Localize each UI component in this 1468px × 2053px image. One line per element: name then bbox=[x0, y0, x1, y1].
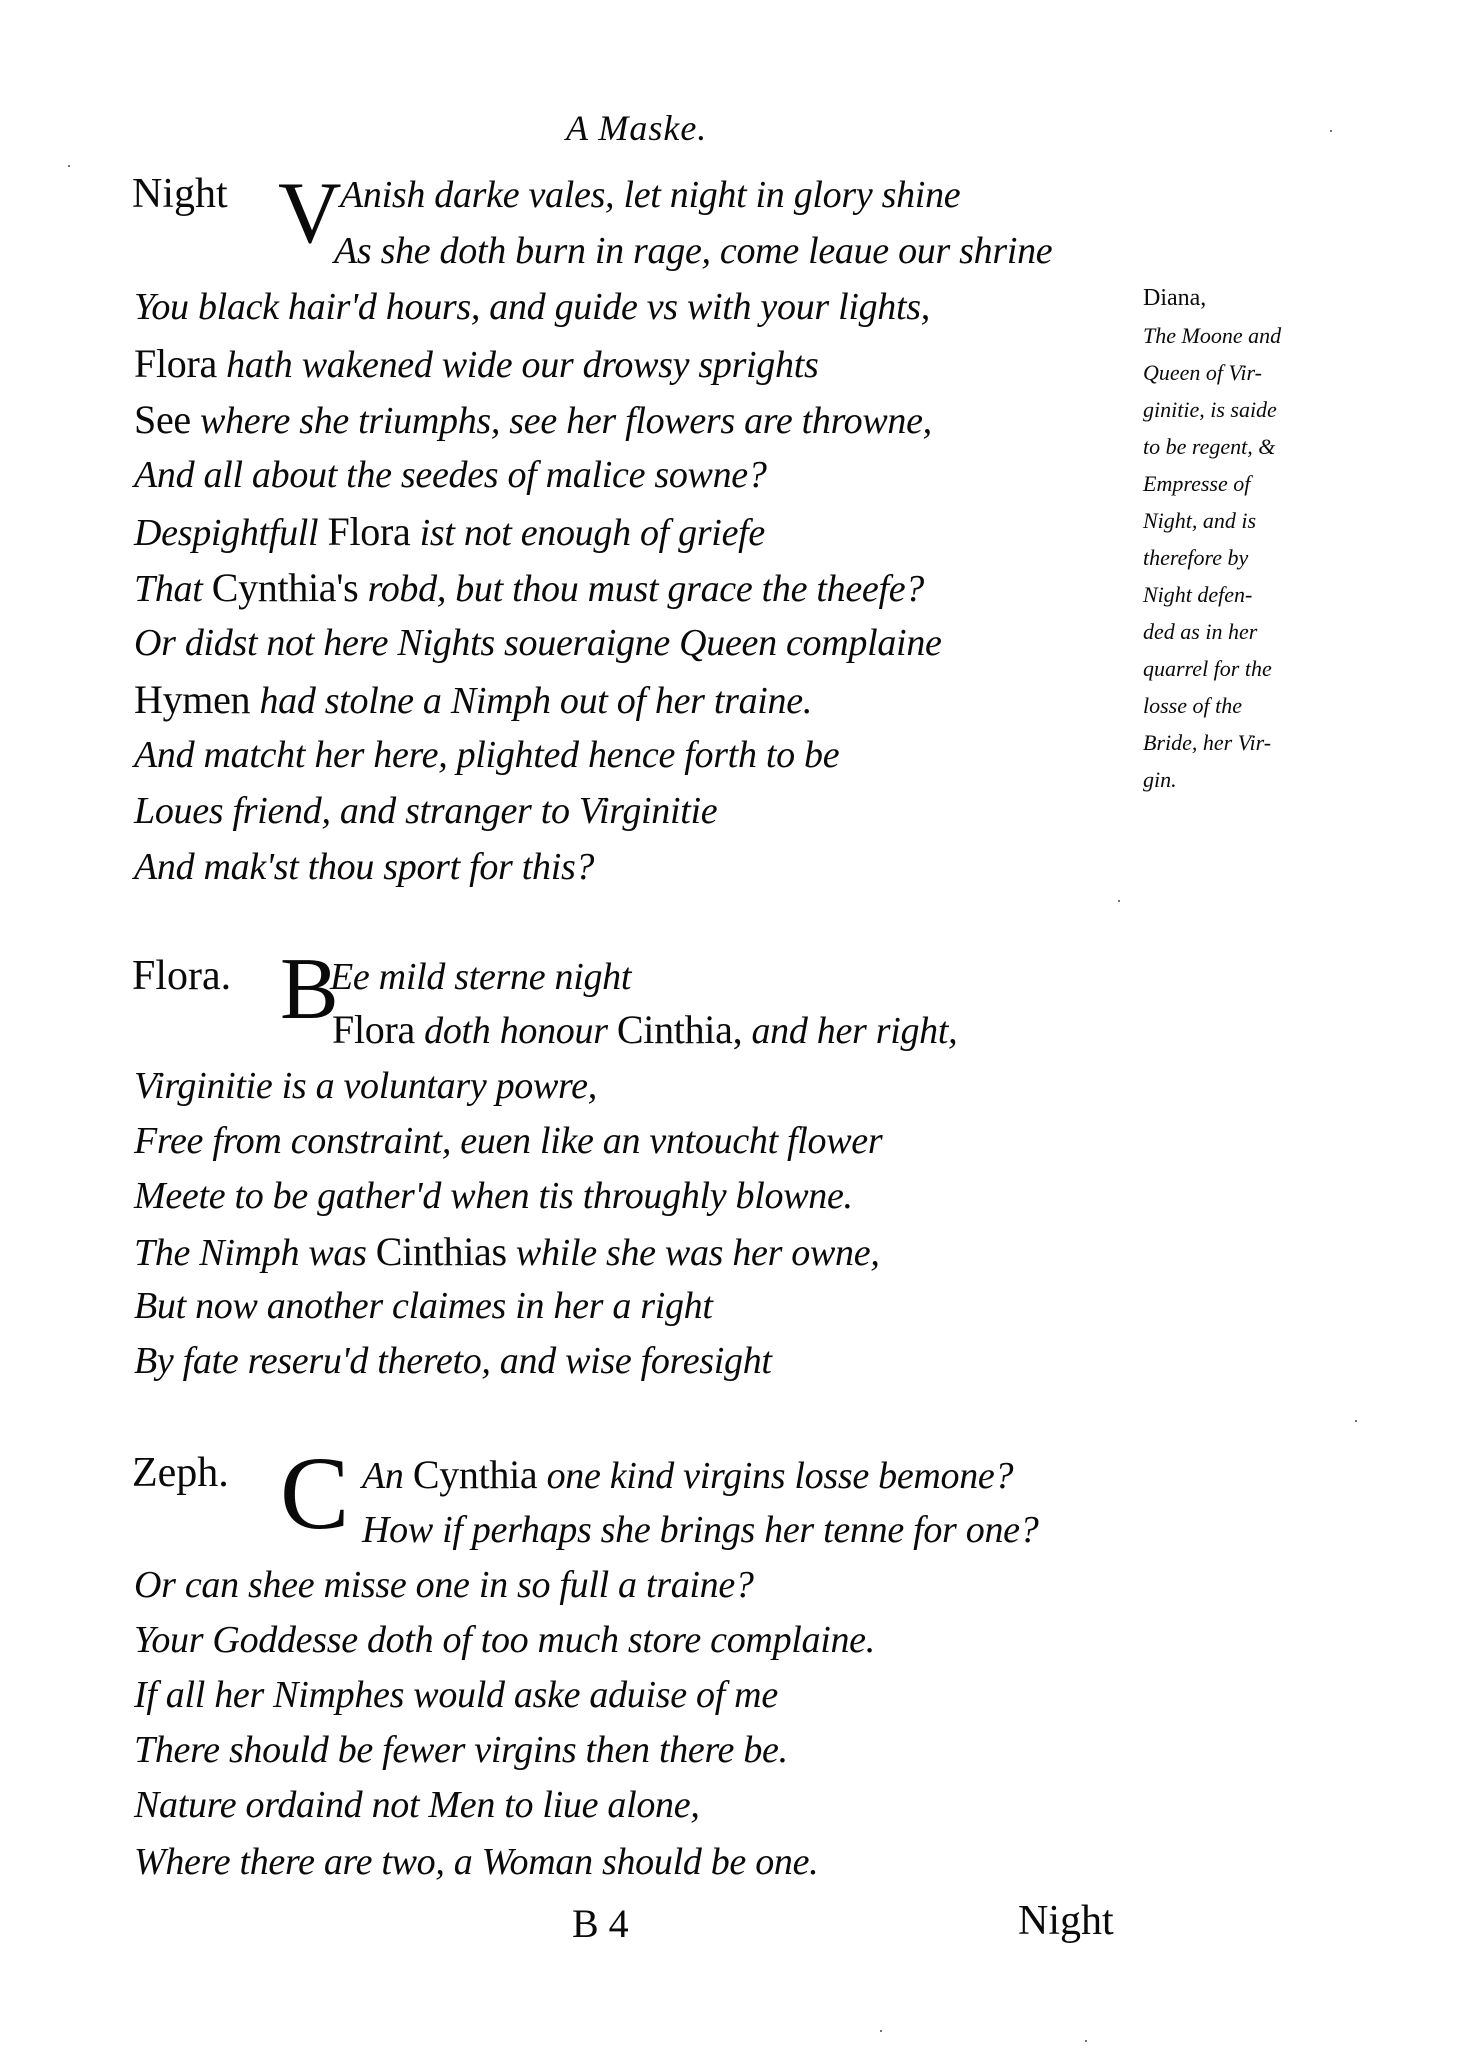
verse-line: And all about the seedes of malice sowne… bbox=[134, 456, 767, 494]
margin-line: Bride, her Vir- bbox=[1143, 724, 1281, 761]
verse-line: Loues friend, and stranger to Virginitie bbox=[134, 792, 717, 830]
scan-speck bbox=[1355, 1420, 1357, 1422]
verse-line: Your Goddesse doth of too much store com… bbox=[134, 1621, 875, 1659]
margin-line: Diana, bbox=[1143, 280, 1281, 317]
proper-name: Flora bbox=[328, 509, 411, 554]
verse-line: See where she triumphs, see her flowers … bbox=[134, 400, 932, 440]
margin-line: ginitie, is saide bbox=[1143, 391, 1281, 428]
verse-line: Flora hath wakened wide our drowsy sprig… bbox=[134, 344, 818, 384]
signature-mark: B 4 bbox=[572, 1904, 629, 1944]
verse-line: By fate reseru'd thereto, and wise fores… bbox=[134, 1342, 772, 1380]
margin-line: Night defen- bbox=[1143, 576, 1281, 613]
speaker-label: Flora. bbox=[132, 955, 231, 997]
speaker-label: Zeph. bbox=[132, 1452, 229, 1494]
verse-line: Or didst not here Nights soueraigne Quee… bbox=[134, 624, 942, 662]
verse-line: That Cynthia's robd, but thou must grace… bbox=[134, 568, 924, 608]
margin-line: ded as in her bbox=[1143, 613, 1281, 650]
scan-speck bbox=[1085, 2040, 1087, 2042]
proper-name: Cynthia bbox=[413, 1452, 538, 1497]
verse-line: Nature ordaind not Men to liue alone, bbox=[134, 1786, 700, 1824]
verse-line: An Cynthia one kind virgins losse bemone… bbox=[362, 1455, 1013, 1495]
drop-capital: C bbox=[280, 1442, 349, 1546]
book-page: A Maske. Night V Anish darke vales, let … bbox=[0, 0, 1468, 2053]
catchword: Night bbox=[1018, 1900, 1114, 1942]
verse-line: How if perhaps she brings her tenne for … bbox=[362, 1511, 1038, 1549]
verse-line: As she doth burn in rage, come leaue our… bbox=[334, 232, 1052, 270]
verse-line: And matcht her here, plighted hence fort… bbox=[134, 736, 839, 774]
scan-speck bbox=[68, 165, 70, 167]
verse-line: And mak'st thou sport for this? bbox=[134, 848, 594, 886]
margin-line: Night, and is bbox=[1143, 502, 1281, 539]
proper-name: Cynthia's bbox=[212, 565, 359, 610]
proper-name: Cinthias bbox=[376, 1229, 507, 1274]
verse-line: Anish darke vales, let night in glory sh… bbox=[340, 176, 960, 214]
proper-name: Hymen bbox=[134, 677, 250, 722]
verse-line: Where there are two, a Woman should be o… bbox=[134, 1843, 818, 1881]
verse-line: Despightfull Flora ist not enough of gri… bbox=[134, 512, 765, 552]
proper-name: Flora bbox=[134, 341, 217, 386]
verse-line: Meete to be gather'd when tis throughly … bbox=[134, 1177, 853, 1215]
verse-line: There should be fewer virgins then there… bbox=[134, 1731, 788, 1769]
proper-name: Flora bbox=[332, 1007, 415, 1052]
margin-line: The Moone and bbox=[1143, 317, 1281, 354]
verse-line: Virginitie is a voluntary powre, bbox=[134, 1067, 597, 1105]
speaker-label: Night bbox=[132, 173, 228, 215]
verse-line: Flora doth honour Cinthia, and her right… bbox=[332, 1010, 957, 1050]
margin-line: Empresse of bbox=[1143, 465, 1281, 502]
verse-line: Hymen had stolne a Nimph out of her trai… bbox=[134, 680, 812, 720]
verse-line: You black hair'd hours, and guide vs wit… bbox=[134, 288, 930, 326]
verse-line: Free from constraint, euen like an vntou… bbox=[134, 1122, 882, 1160]
margin-line: therefore by bbox=[1143, 539, 1281, 576]
proper-name: Cinthia, bbox=[617, 1007, 742, 1052]
margin-line: Queen of Vir- bbox=[1143, 354, 1281, 391]
verse-line: But now another claimes in her a right bbox=[134, 1287, 713, 1325]
running-title: A Maske. bbox=[566, 110, 707, 146]
scan-speck bbox=[880, 2030, 882, 2032]
verse-line: The Nimph was Cinthias while she was her… bbox=[134, 1232, 880, 1272]
margin-line: quarrel for the bbox=[1143, 650, 1281, 687]
verse-line: If all her Nimphes would aske aduise of … bbox=[134, 1676, 778, 1714]
margin-line: gin. bbox=[1143, 761, 1281, 798]
margin-line: to be regent, & bbox=[1143, 428, 1281, 465]
verse-line: Ee mild sterne night bbox=[330, 958, 631, 996]
drop-capital: V bbox=[278, 170, 342, 258]
scan-speck bbox=[1118, 900, 1120, 902]
margin-line: losse of the bbox=[1143, 687, 1281, 724]
scan-speck bbox=[1330, 130, 1332, 132]
marginal-note: Diana, The Moone and Queen of Vir- ginit… bbox=[1143, 280, 1281, 798]
verse-line: Or can shee misse one in so full a train… bbox=[134, 1566, 754, 1604]
